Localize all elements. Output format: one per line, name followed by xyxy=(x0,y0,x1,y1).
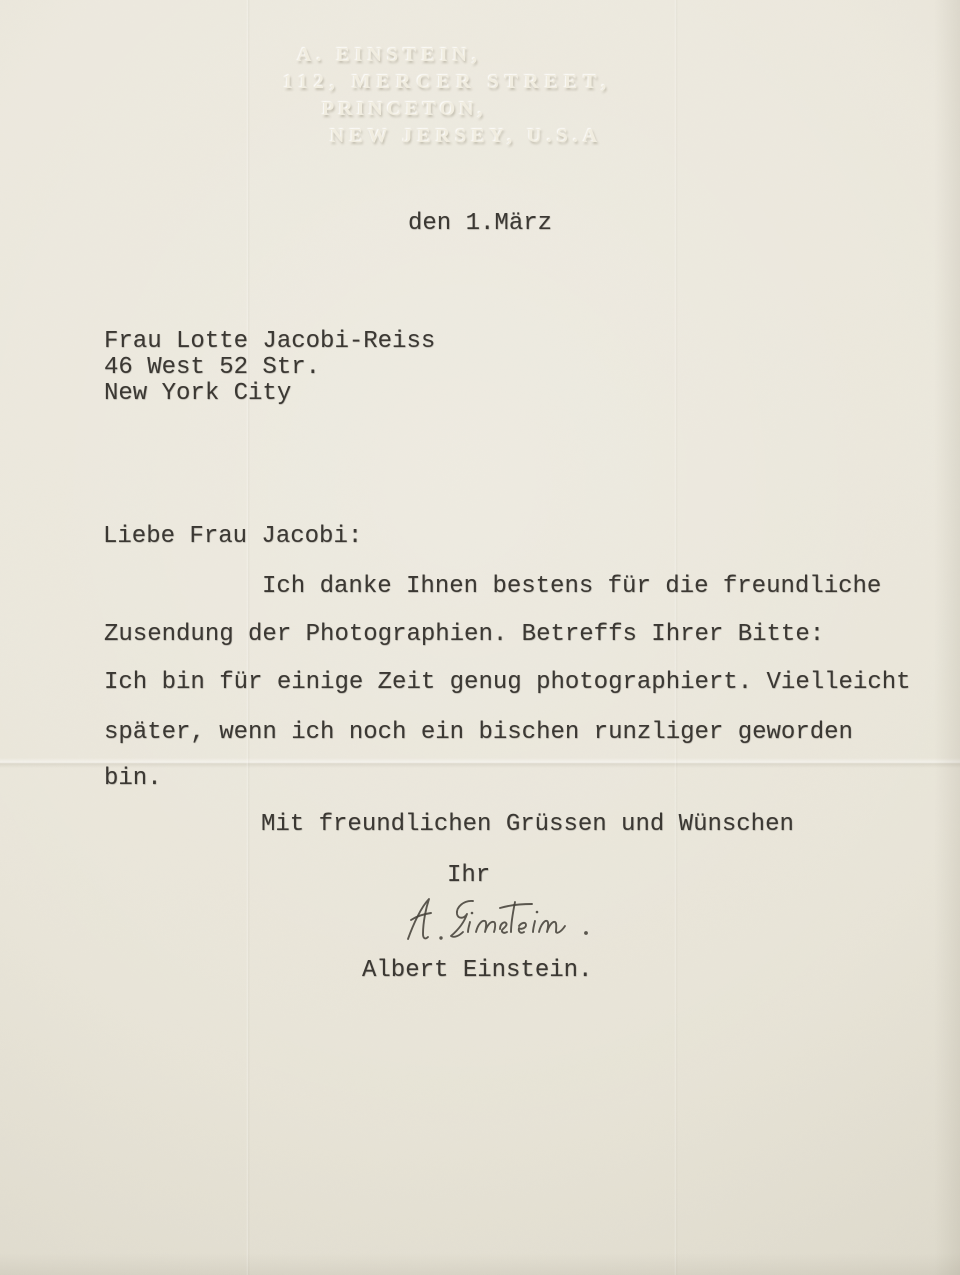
letterhead-state: NEW JERSEY, U.S.A xyxy=(330,125,602,148)
body-line: später, wenn ich noch ein bischen runzli… xyxy=(104,720,853,746)
body-line: Ich danke Ihnen bestens für die freundli… xyxy=(262,574,881,600)
letterhead-street: 112, MERCER STREET, xyxy=(283,71,612,94)
paper-edge-shadow-right xyxy=(934,0,960,1275)
letterhead-name: A. EINSTEIN, xyxy=(297,44,482,67)
paper-edge-shadow-bottom xyxy=(0,1253,960,1275)
body-line: Ich bin für einige Zeit genug photograph… xyxy=(104,670,911,696)
recipient-city: New York City xyxy=(104,381,291,407)
typed-signature: Albert Einstein. xyxy=(362,958,592,984)
recipient-name: Frau Lotte Jacobi-Reiss xyxy=(104,329,435,355)
recipient-street: 46 West 52 Str. xyxy=(104,355,320,381)
closing-line: Mit freundlichen Grüssen und Wünschen xyxy=(261,812,794,838)
date-line: den 1.März xyxy=(408,211,552,237)
salutation: Liebe Frau Jacobi: xyxy=(103,524,362,550)
valediction: Ihr xyxy=(447,863,490,889)
body-line: Zusendung der Photographien. Betreffs Ih… xyxy=(104,622,824,648)
handwritten-signature: A. Einstein. xyxy=(396,892,608,950)
letterhead-city: PRINCETON, xyxy=(322,98,487,121)
letter-page: A. EINSTEIN, 112, MERCER STREET, PRINCET… xyxy=(0,0,960,1275)
body-line: bin. xyxy=(104,766,162,792)
